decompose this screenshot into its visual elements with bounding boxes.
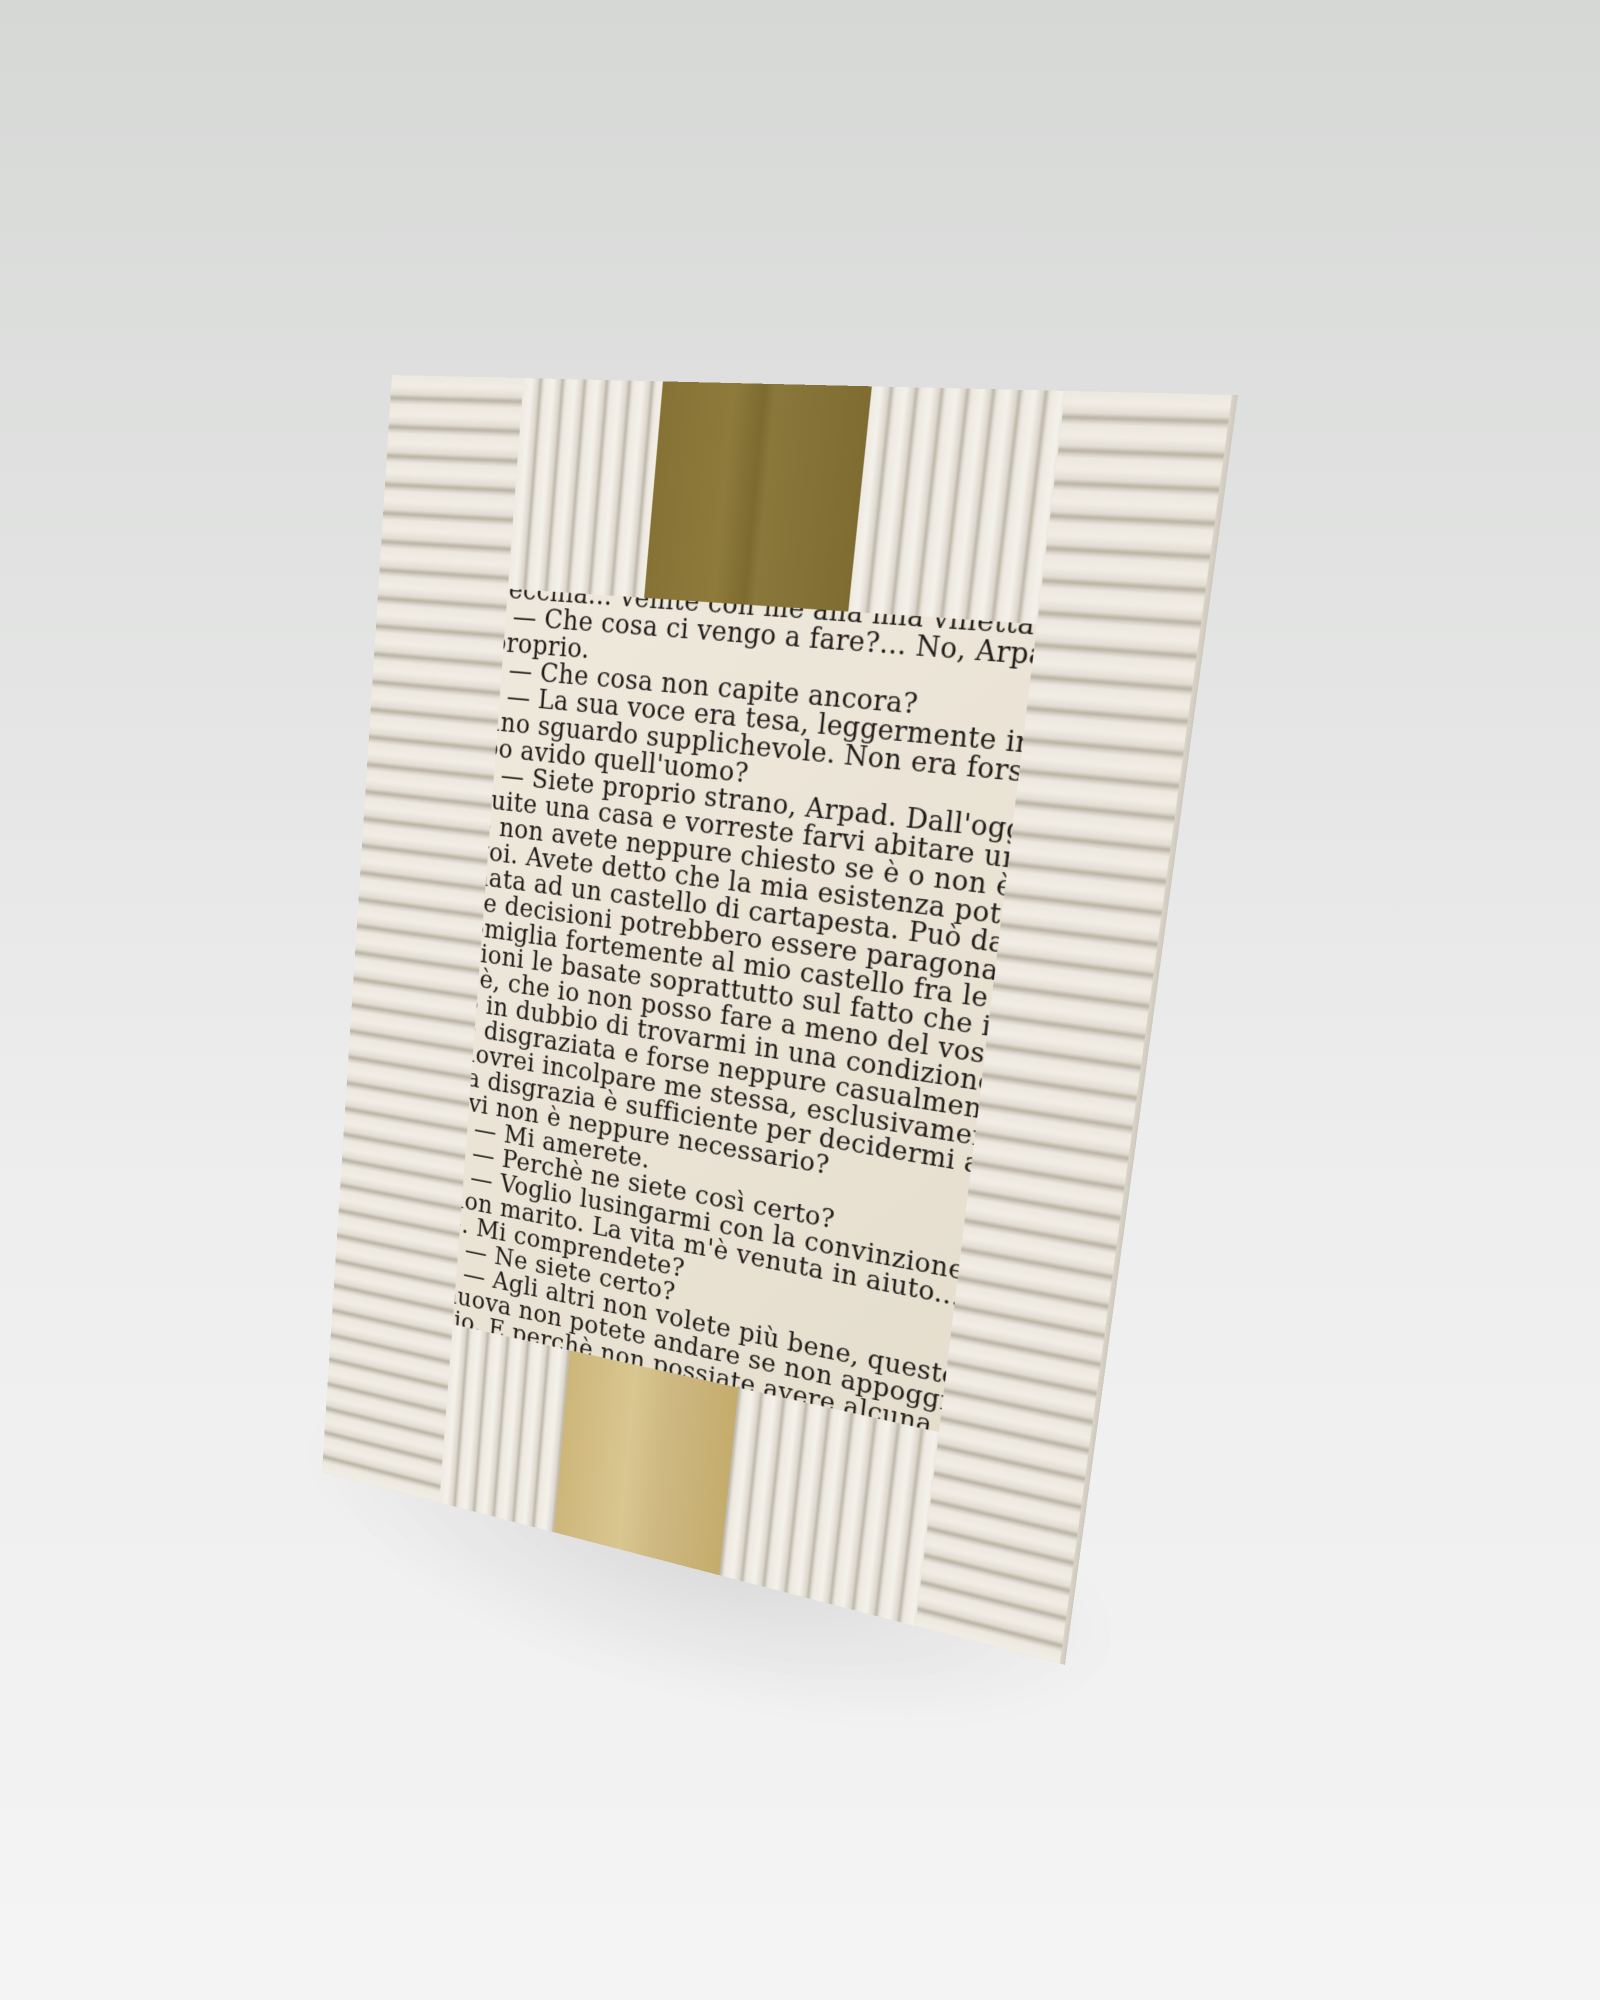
photo-window: vecchia... venite con me alla mia villet… — [453, 589, 1037, 1432]
picture-frame: vecchia... venite con me alla mia villet… — [322, 375, 1238, 1665]
book-page: vecchia... venite con me alla mia villet… — [453, 589, 1037, 1432]
brass-plate-top — [644, 381, 872, 611]
